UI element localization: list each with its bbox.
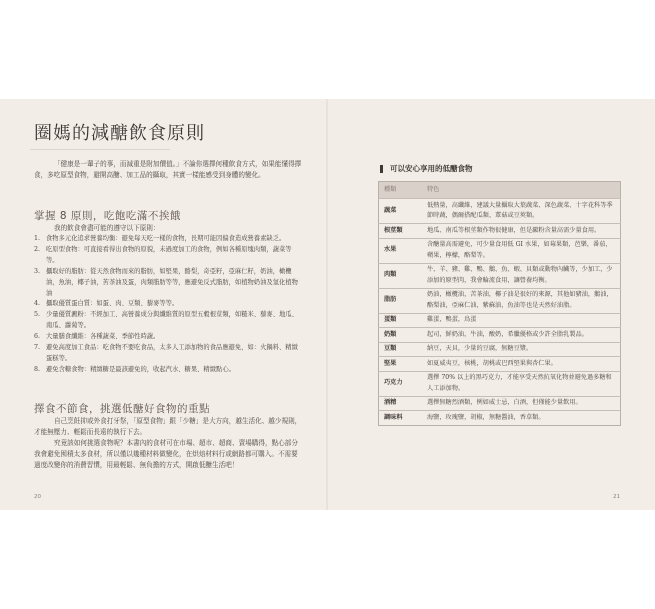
list-item: 2.吃原型食物：可直接看得出食物的原貌，未過度加工的食物，例如各種原塊肉類，蔬菜…: [34, 245, 304, 267]
food-choice-paragraph-1: 自己烹飪抑或外食打牙祭，「原型食物」跟「少糖」是大方向，越生活化、越少規則，才能…: [34, 416, 302, 438]
page-title: 圈媽的減醣飲食原則: [34, 119, 205, 145]
row-description: 納豆，天貝，少量的豆腐，無糖豆漿。: [422, 342, 621, 357]
list-text: 攝取優質蛋白質：如蛋、肉、豆類、藜麥等等。: [46, 299, 304, 310]
list-number: 1.: [34, 234, 46, 245]
right-page: 可以安心享用的低醣食物 種類 特色 蔬菜低熱量，高纖維，建議大量攝取大葉蔬菜、深…: [328, 99, 655, 510]
table-row: 蛋類雞蛋，鴨蛋，鳥蛋: [379, 313, 621, 328]
row-category: 酒精: [379, 396, 423, 411]
list-text: 食物多元化追求營養均衡：避免每天吃一樣的食物，長期可能因偏食造成營養素缺乏。: [46, 234, 304, 245]
row-description: 起司，鮮奶油，牛油，酸奶，希臘優格或少許全脂乳製品。: [422, 328, 621, 343]
list-number: 6.: [34, 332, 46, 343]
principles-lead-text: 我的飲食會盡可能的遵守以下原則：: [54, 224, 160, 232]
header-description: 特色: [422, 182, 621, 199]
intro-paragraph: 「健康是一輩子的事，而減重是附加價值。」不論你選擇何種飲食方式，如果能懂得擇食，…: [34, 159, 302, 181]
title-divider: [30, 149, 170, 150]
list-number: 7.: [34, 343, 46, 365]
table-row: 巧克力選擇 70% 以上的黑巧克力，才能享受天然抗氧化物並避免過多糖和人工添加物…: [379, 371, 621, 396]
row-description: 含醣量高需避免，可少量食用低 GI 水果，如莓果類，芭樂，番茄，蘋果，檸檬，酪梨…: [422, 238, 621, 263]
left-page: 圈媽的減醣飲食原則 「健康是一輩子的事，而減重是附加價值。」不論你選擇何種飲食方…: [0, 99, 327, 510]
list-text: 攝取好的脂肪：從天然食物而來的脂肪，如堅果，酪梨，奇亞籽，亞麻仁籽，奶油，橄欖油…: [46, 267, 304, 300]
row-category: 調味料: [379, 411, 423, 426]
list-number: 3.: [34, 267, 46, 300]
table-row: 根莖類地瓜、南瓜等根莖類作物很健康，但是澱粉含量高需少量食用。: [379, 224, 621, 239]
section-heading-principles: 掌握 8 原則，吃飽吃滿不挨餓: [34, 208, 181, 223]
row-category: 蛋類: [379, 313, 423, 328]
row-category: 根莖類: [379, 224, 423, 239]
list-item: 8.避免含糖食物：精緻糖是最該避免的，收起汽水、糖果、精緻點心。: [34, 365, 304, 376]
list-text: 大量膳食纖維：各種蔬菜、季節性時蔬。: [46, 332, 304, 343]
row-category: 蔬菜: [379, 199, 423, 224]
page-number-right: 21: [613, 494, 620, 500]
table-row: 水果含醣量高需避免，可少量食用低 GI 水果，如莓果類，芭樂，番茄，蘋果，檸檬，…: [379, 238, 621, 263]
list-text: 避免含糖食物：精緻糖是最該避免的，收起汽水、糖果、精緻點心。: [46, 365, 304, 376]
list-number: 8.: [34, 365, 46, 376]
table-row: 酒精選擇無糖烈酒類，例如威士忌，白酒，但僅能少量飲用。: [379, 396, 621, 411]
intro-text: 「健康是一輩子的事，而減重是附加價值。」不論你選擇何種飲食方式，如果能懂得擇食，…: [34, 160, 301, 179]
table-header-row: 種類 特色: [379, 182, 621, 199]
list-number: 4.: [34, 299, 46, 310]
list-item: 1.食物多元化追求營養均衡：避免每天吃一樣的食物，長期可能因偏食造成營養素缺乏。: [34, 234, 304, 245]
row-category: 堅果: [379, 357, 423, 372]
list-text: 少量優質澱粉：不經加工、高營養成分與纖維質的原型五穀根莖類，如糙米、藜麥、地瓜、…: [46, 310, 304, 332]
table-row: 脂肪奶油，橄欖油，苦茶油，椰子油是很好的來源，其他如豬油，鵝油，酪梨油，亞麻仁油…: [379, 288, 621, 313]
principles-lead: 我的飲食會盡可能的遵守以下原則：: [34, 223, 302, 234]
list-number: 2.: [34, 245, 46, 267]
row-category: 肉類: [379, 263, 423, 288]
row-description: 海鹽，玫瑰鹽，胡椒，無糖醬油，香草類。: [422, 411, 621, 426]
table-title: 可以安心享用的低醣食物: [380, 163, 473, 174]
row-category: 豆類: [379, 342, 423, 357]
row-description: 選擇 70% 以上的黑巧克力，才能享受天然抗氧化物並避免過多糖和人工添加物。: [422, 371, 621, 396]
row-description: 低熱量，高纖維，建議大量攝取大葉蔬菜、深色蔬菜、十字花科等季節時蔬，偶爾搭配瓜類…: [422, 199, 621, 224]
list-item: 3.攝取好的脂肪：從天然食物而來的脂肪，如堅果，酪梨，奇亞籽，亞麻仁籽，奶油，橄…: [34, 267, 304, 300]
table-row: 肉類牛、羊、豬、雞、鴨、鵝、魚、蝦、貝類或動物內臟等，少加工，少添加的原型肉，我…: [379, 263, 621, 288]
title-bar-marker: [380, 165, 383, 173]
row-description: 雞蛋，鴨蛋，鳥蛋: [422, 313, 621, 328]
row-description: 奶油，橄欖油，苦茶油，椰子油是很好的來源，其他如豬油，鵝油，酪梨油，亞麻仁油，紫…: [422, 288, 621, 313]
list-text: 避免高度加工食品：吃食物不要吃食品，太多人工添加物的食品應避免，如：火鍋料、精緻…: [46, 343, 304, 365]
table-row: 堅果如夏威夷豆，核桃，胡桃或巴西堅果與杏仁果。: [379, 357, 621, 372]
table-row: 奶類起司，鮮奶油，牛油，酸奶，希臘優格或少許全脂乳製品。: [379, 328, 621, 343]
principles-list: 1.食物多元化追求營養均衡：避免每天吃一樣的食物，長期可能因偏食造成營養素缺乏。…: [34, 234, 304, 376]
header-category: 種類: [379, 182, 423, 199]
list-text: 吃原型食物：可直接看得出食物的原貌，未過度加工的食物，例如各種原塊肉類，蔬菜等等…: [46, 245, 304, 267]
row-category: 脂肪: [379, 288, 423, 313]
row-category: 奶類: [379, 328, 423, 343]
list-item: 6.大量膳食纖維：各種蔬菜、季節性時蔬。: [34, 332, 304, 343]
table-row: 調味料海鹽，玫瑰鹽，胡椒，無糖醬油，香草類。: [379, 411, 621, 426]
table-title-text: 可以安心享用的低醣食物: [390, 163, 473, 174]
paragraph-text: 自己烹飪抑或外食打牙祭，「原型食物」跟「少糖」是大方向，越生活化、越少規則，才能…: [34, 417, 301, 436]
book-spread: 圈媽的減醣飲食原則 「健康是一輩子的事，而減重是附加價值。」不論你選擇何種飲食方…: [0, 99, 655, 510]
row-description: 選擇無糖烈酒類，例如威士忌，白酒，但僅能少量飲用。: [422, 396, 621, 411]
row-category: 巧克力: [379, 371, 423, 396]
row-description: 牛、羊、豬、雞、鴨、鵝、魚、蝦、貝類或動物內臟等，少加工，少添加的原型肉，我會輪…: [422, 263, 621, 288]
section-heading-food-choice: 擇食不節食，挑選低醣好食物的重點: [34, 401, 210, 416]
table-row: 蔬菜低熱量，高纖維，建議大量攝取大葉蔬菜、深色蔬菜、十字花科等季節時蔬，偶爾搭配…: [379, 199, 621, 224]
row-category: 水果: [379, 238, 423, 263]
list-number: 5.: [34, 310, 46, 332]
list-item: 4.攝取優質蛋白質：如蛋、肉、豆類、藜麥等等。: [34, 299, 304, 310]
low-carb-food-table: 種類 特色 蔬菜低熱量，高纖維，建議大量攝取大葉蔬菜、深色蔬菜、十字花科等季節時…: [378, 181, 621, 426]
page-number-left: 20: [34, 494, 41, 500]
paragraph-text: 究竟該如何挑選食物呢？本書內的食材可在市場、超市、超商、賣場購得，點心部分我會避…: [34, 439, 298, 469]
table-row: 豆類納豆，天貝，少量的豆腐，無糖豆漿。: [379, 342, 621, 357]
row-description: 如夏威夷豆，核桃，胡桃或巴西堅果與杏仁果。: [422, 357, 621, 372]
list-item: 5.少量優質澱粉：不經加工、高營養成分與纖維質的原型五穀根莖類，如糙米、藜麥、地…: [34, 310, 304, 332]
list-item: 7.避免高度加工食品：吃食物不要吃食品，太多人工添加物的食品應避免，如：火鍋料、…: [34, 343, 304, 365]
food-choice-paragraph-2: 究竟該如何挑選食物呢？本書內的食材可在市場、超市、超商、賣場購得，點心部分我會避…: [34, 438, 302, 471]
row-description: 地瓜、南瓜等根莖類作物很健康，但是澱粉含量高需少量食用。: [422, 224, 621, 239]
